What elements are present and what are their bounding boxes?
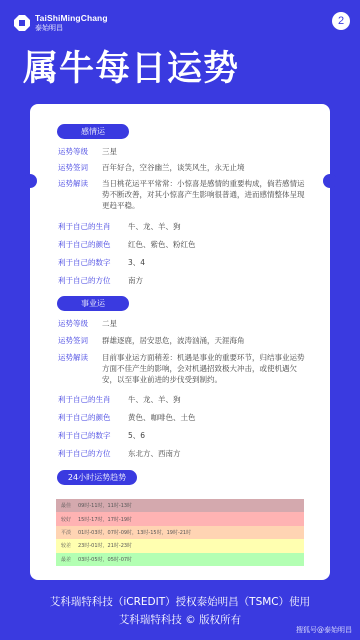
trend-level: 平淡 xyxy=(56,529,76,536)
page-number-badge: 2 xyxy=(332,12,350,30)
career-color-label: 利于自己的颜色 xyxy=(58,412,128,423)
watermark: 搜狐号@泰始明昌 xyxy=(296,625,352,635)
trend-level: 较差 xyxy=(56,542,76,549)
love-section-pill: 感情运 xyxy=(57,124,129,139)
trend-hours: 23时-01时，21时-23时 xyxy=(76,542,132,549)
love-color-label: 利于自己的颜色 xyxy=(58,239,128,250)
trend-row-neutral: 平淡 01时-03时，07时-09时，13时-15时，19时-21时 xyxy=(56,526,304,539)
fortune-card: 感情运 运势等级 三星 运势签词 百年好合，空谷幽兰，谈笑风生，永无止境 运势解… xyxy=(30,104,330,580)
love-sign-label: 运势签词 xyxy=(58,162,102,173)
love-zodiac-row: 利于自己的生肖 牛、龙、羊、狗 xyxy=(58,221,308,232)
career-level-value: 二星 xyxy=(102,318,308,329)
love-sign-value: 百年好合，空谷幽兰，谈笑风生，永无止境 xyxy=(102,162,308,173)
love-level-row: 运势等级 三星 xyxy=(58,146,308,157)
trend-hours: 15时-17时，17时-19时 xyxy=(76,516,132,523)
career-sign-label: 运势签词 xyxy=(58,335,102,346)
career-reading-label: 运势解读 xyxy=(58,352,102,385)
love-number-label: 利于自己的数字 xyxy=(58,257,128,268)
trend-hours: 09时-11时，11时-13时 xyxy=(76,502,132,509)
love-sign-row: 运势签词 百年好合，空谷幽兰，谈笑风生，永无止境 xyxy=(58,162,308,173)
love-color-value: 红色、紫色、粉红色 xyxy=(128,239,196,250)
career-number-row: 利于自己的数字 5、6 xyxy=(58,430,308,441)
love-level-value: 三星 xyxy=(102,146,308,157)
career-zodiac-label: 利于自己的生肖 xyxy=(58,394,128,405)
brand-logo: TaiShiMingChang 泰始明昌 xyxy=(14,14,108,32)
trend-hours: 01时-03时，07时-09时，13时-15时，19时-21时 xyxy=(76,529,191,536)
career-direction-row: 利于自己的方位 东北方、西南方 xyxy=(58,448,308,459)
trend-section-pill: 24小时运势趋势 xyxy=(57,470,137,485)
career-sign-value: 群雄逐鹿，居安思危，波涛汹涌，天涯海角 xyxy=(102,335,308,346)
career-level-row: 运势等级 二星 xyxy=(58,318,308,329)
trend-row-best: 最佳 09时-11时，11时-13时 xyxy=(56,499,304,512)
card-notch-left xyxy=(23,174,37,188)
career-color-value: 黄色、咖啡色、土色 xyxy=(128,412,196,423)
love-number-row: 利于自己的数字 3、4 xyxy=(58,257,308,268)
love-level-label: 运势等级 xyxy=(58,146,102,157)
trend-level: 最佳 xyxy=(56,502,76,509)
love-color-row: 利于自己的颜色 红色、紫色、粉红色 xyxy=(58,239,308,250)
love-reading-row: 运势解读 当日桃花运平平常常：小惊喜是感情的重要构成，倘若感情运势不断改善，对其… xyxy=(58,178,308,211)
card-notch-right xyxy=(323,174,337,188)
love-zodiac-value: 牛、龙、羊、狗 xyxy=(128,221,181,232)
love-direction-value: 南方 xyxy=(128,275,143,286)
career-zodiac-value: 牛、龙、羊、狗 xyxy=(128,394,181,405)
love-direction-row: 利于自己的方位 南方 xyxy=(58,275,308,286)
career-direction-value: 东北方、西南方 xyxy=(128,448,181,459)
octagon-logo-icon xyxy=(14,15,30,31)
trend-table: 最佳 09时-11时，11时-13时 较好 15时-17时，17时-19时 平淡… xyxy=(56,499,304,566)
career-direction-label: 利于自己的方位 xyxy=(58,448,128,459)
trend-hours: 03时-05时，05时-07时 xyxy=(76,556,132,563)
career-color-row: 利于自己的颜色 黄色、咖啡色、土色 xyxy=(58,412,308,423)
page-title: 属牛每日运势 xyxy=(23,48,239,90)
career-number-label: 利于自己的数字 xyxy=(58,430,128,441)
trend-row-worst: 最差 03时-05时，05时-07时 xyxy=(56,553,304,566)
career-level-label: 运势等级 xyxy=(58,318,102,329)
love-direction-label: 利于自己的方位 xyxy=(58,275,128,286)
trend-level: 最差 xyxy=(56,556,76,563)
career-section-pill: 事业运 xyxy=(57,296,129,311)
love-reading-value: 当日桃花运平平常常：小惊喜是感情的重要构成，倘若感情运势不断改善，对其小惊喜产生… xyxy=(102,178,308,211)
career-sign-row: 运势签词 群雄逐鹿，居安思危，波涛汹涌，天涯海角 xyxy=(58,335,308,346)
career-reading-row: 运势解读 目前事业运方面稍差：机遇是事业的重要环节，归结事业运势方面不佳产生的影… xyxy=(58,352,308,385)
trend-row-good: 较好 15时-17时，17时-19时 xyxy=(56,512,304,525)
trend-row-poor: 较差 23时-01时，21时-23时 xyxy=(56,539,304,552)
career-zodiac-row: 利于自己的生肖 牛、龙、羊、狗 xyxy=(58,394,308,405)
love-zodiac-label: 利于自己的生肖 xyxy=(58,221,128,232)
career-reading-value: 目前事业运方面稍差：机遇是事业的重要环节，归结事业运势方面不佳产生的影响，会对机… xyxy=(102,352,308,385)
trend-level: 较好 xyxy=(56,516,76,523)
love-reading-label: 运势解读 xyxy=(58,178,102,211)
brand-name-cn: 泰始明昌 xyxy=(35,25,108,32)
footer-license: 艾科瑞特科技（iCREDIT）授权泰始明昌（TSMC）使用 xyxy=(0,594,360,609)
love-number-value: 3、4 xyxy=(128,257,145,268)
brand-name-en: TaiShiMingChang xyxy=(35,14,108,23)
career-number-value: 5、6 xyxy=(128,430,145,441)
